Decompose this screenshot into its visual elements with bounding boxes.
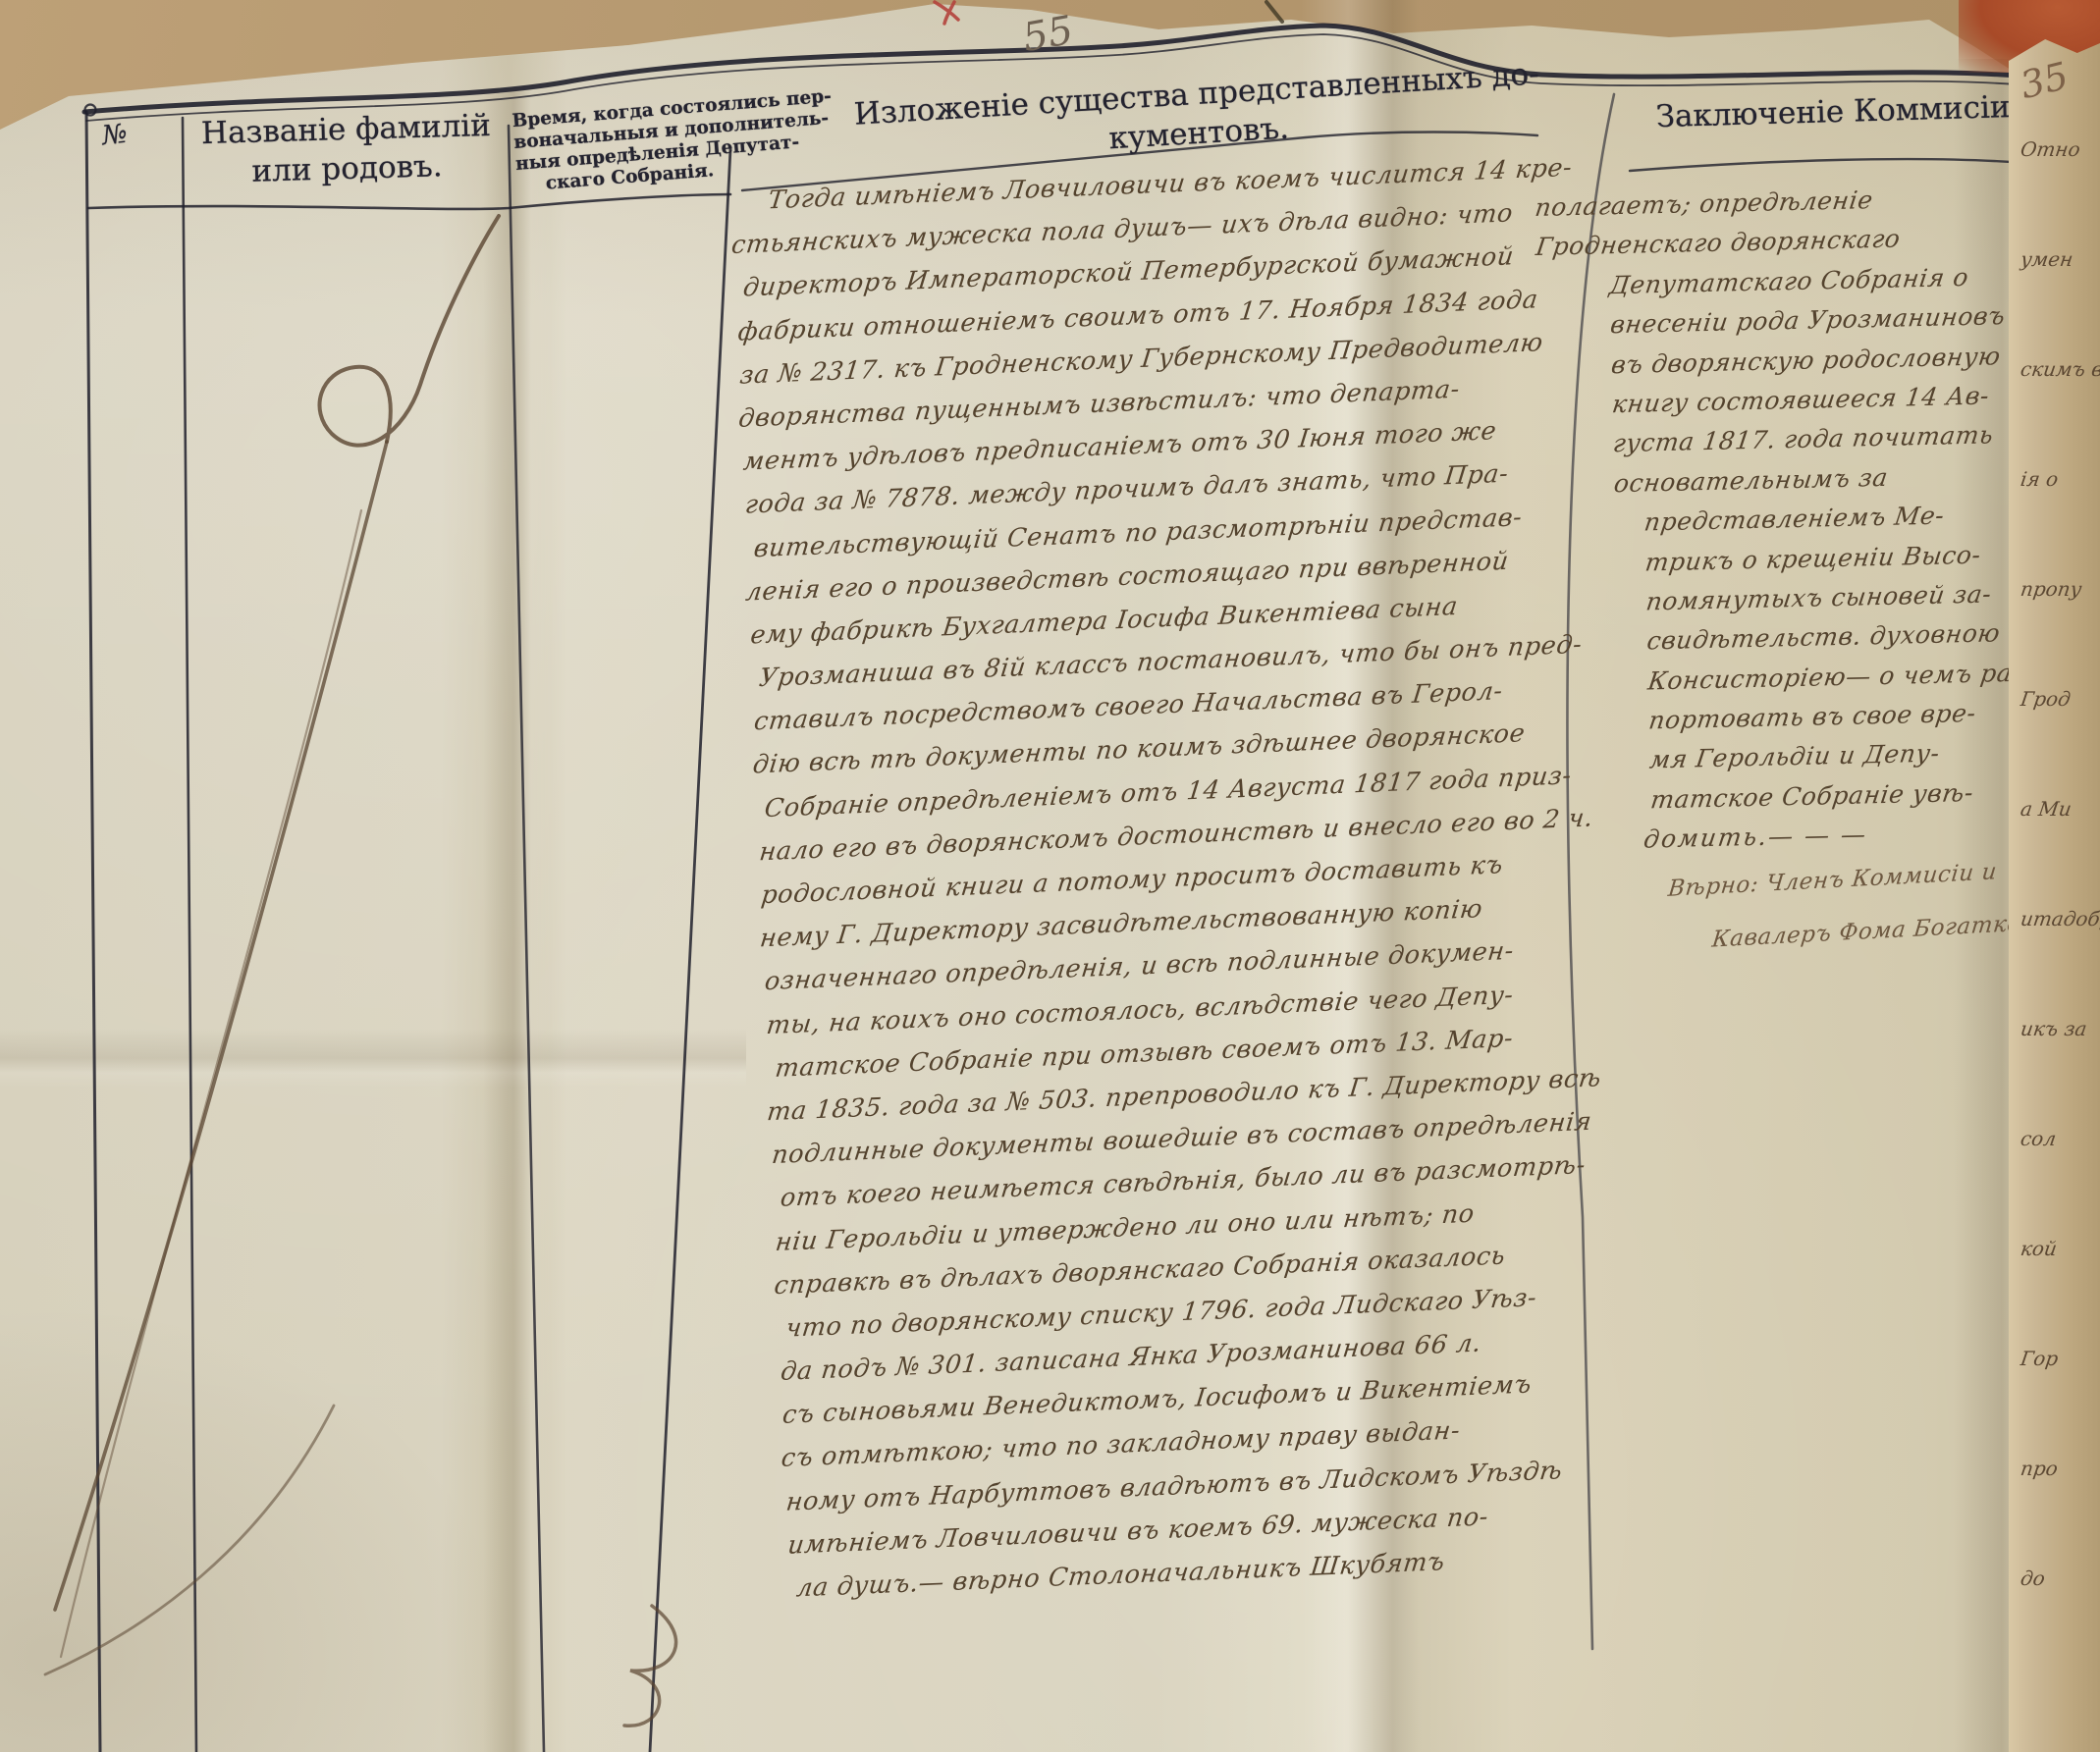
adjacent-sheet-text-fragments: Отноуменскимъ вія опропуГрода Миитадобри… <box>2015 137 2099 1676</box>
text-fragment: умен <box>2007 247 2100 357</box>
adjacent-sheet-edge: 35 Отноуменскимъ вія опропуГрода Миитадо… <box>2009 0 2100 1752</box>
text-fragment: Грод <box>2007 687 2100 797</box>
text-fragment: про <box>2007 1457 2100 1566</box>
column-header-family-names: Названіе фамилійили родовъ. <box>186 105 508 192</box>
text-fragment: ія о <box>2007 467 2100 577</box>
dark-edge-mark <box>1266 2 1282 22</box>
statement-handwritten-text: Тогда имѣніемъ Ловчиловичи въ коемъ числ… <box>728 147 1601 1611</box>
text-fragment: Гор <box>2007 1347 2100 1457</box>
column-header-number: № <box>100 119 129 152</box>
page-number: 55 <box>1019 8 1076 61</box>
column-header-determination-time: Время, когда состоялись пер-воначальныя … <box>512 93 743 197</box>
text-fragment: кой <box>2007 1237 2100 1347</box>
text-fragment: итадобр <box>2007 907 2100 1017</box>
photograph-of-archival-document: № Названіе фамилійили родовъ. Время, ког… <box>0 0 2100 1752</box>
text-fragment: пропу <box>2007 577 2100 687</box>
text-fragment: икъ за <box>2007 1017 2100 1127</box>
text-fragment: Отно <box>2007 137 2100 247</box>
text-fragment: до <box>2007 1566 2100 1676</box>
text-fragment: скимъ в <box>2007 357 2100 467</box>
text-fragment: сол <box>2007 1127 2100 1237</box>
adjacent-page-number: 35 <box>2016 54 2073 107</box>
text-fragment: а Ми <box>2007 797 2100 907</box>
